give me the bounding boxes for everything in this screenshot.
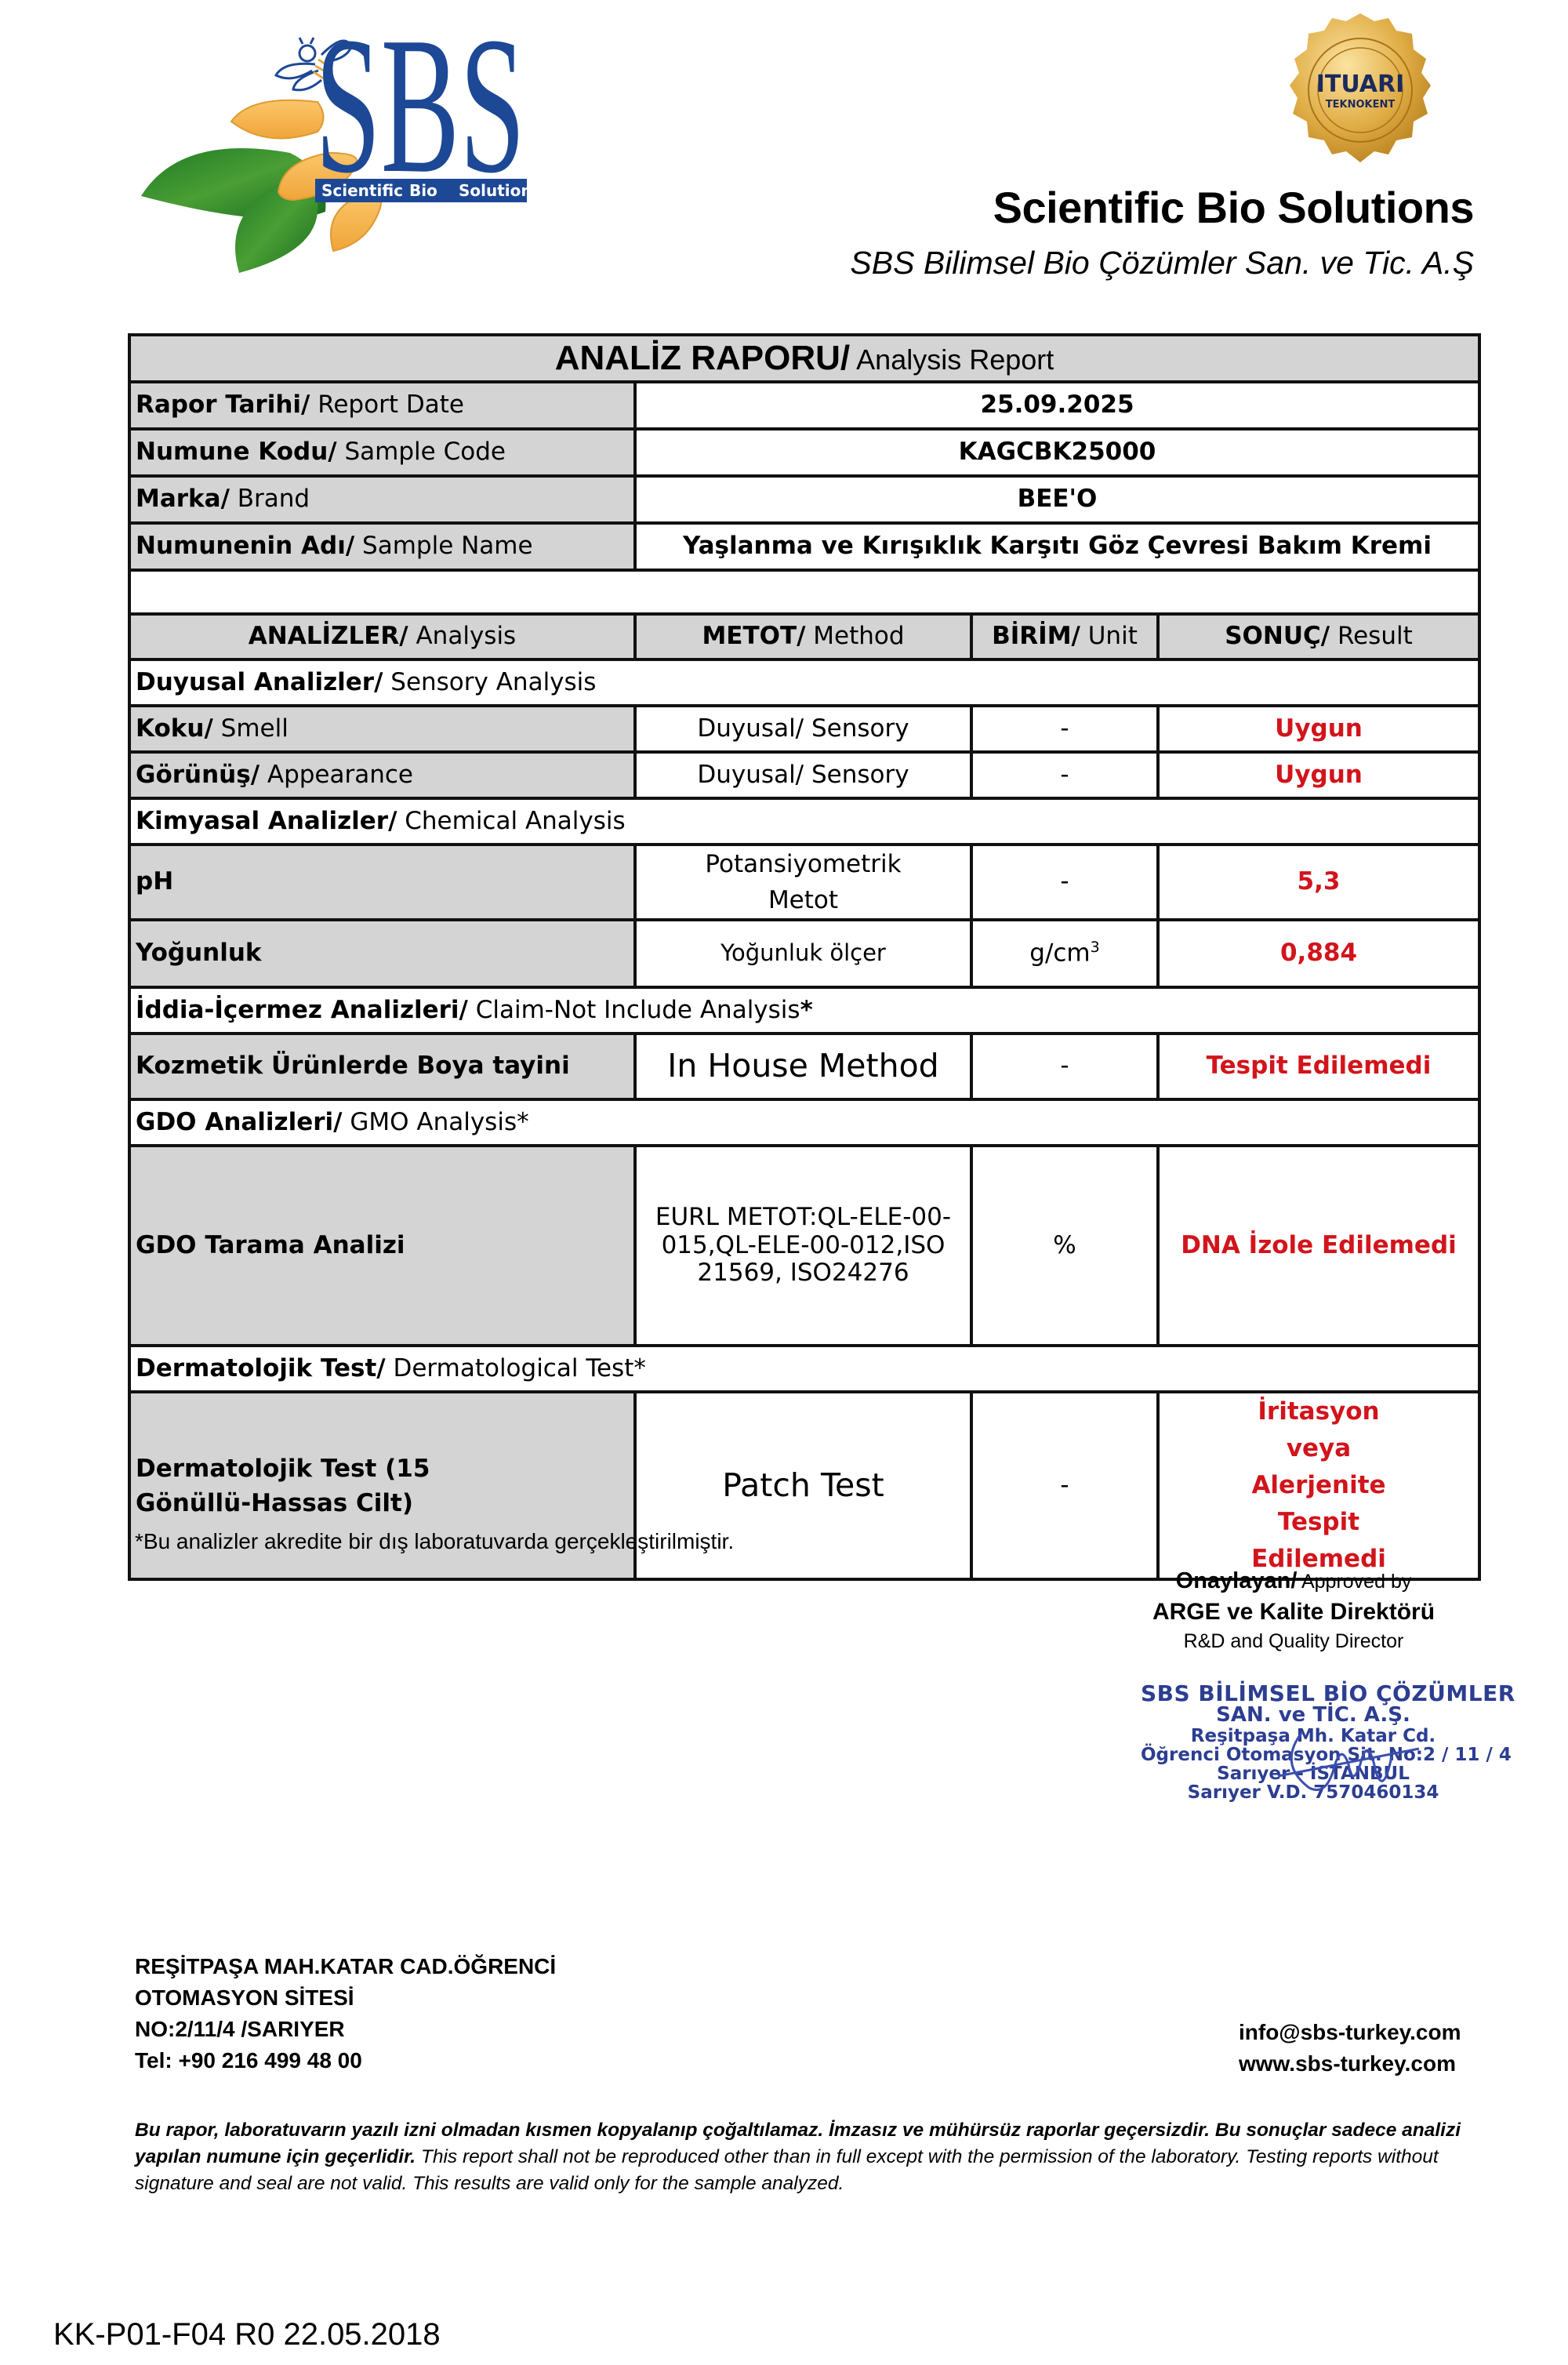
- svg-text:ITUARI: ITUARI: [1316, 71, 1405, 98]
- section-heading-chemical: Kimyasal Analizler/ Chemical Analysis: [129, 798, 1479, 845]
- sbs-logo-icon: SBS Scientific Bio Solutions: [133, 16, 619, 274]
- col-header-result: SONUÇ/ Result: [1158, 614, 1479, 659]
- result-cell: Uygun: [1158, 752, 1479, 798]
- svg-text:Solutions: Solutions: [459, 181, 542, 200]
- form-code: KK-P01-F04 R0 22.05.2018: [53, 2317, 441, 2352]
- meta-row-brand: Marka/ Brand BEE'O: [129, 476, 1479, 523]
- report-title-row: ANALİZ RAPORU/ Analysis Report: [129, 335, 1479, 382]
- method-cell: Duyusal/ Sensory: [635, 706, 971, 752]
- analysis-cell: Görünüş/ Appearance: [129, 752, 635, 798]
- table-row: Koku/ Smell Duyusal/ Sensory - Uygun: [129, 706, 1479, 752]
- column-header-row: ANALİZLER/ Analysis METOT/ Method BİRİM/…: [129, 614, 1479, 659]
- unit-cell: -: [971, 752, 1158, 798]
- brand-value: BEE'O: [635, 476, 1479, 523]
- section-heading-sensory: Duyusal Analizler/ Sensory Analysis: [129, 659, 1479, 706]
- analysis-cell: Koku/ Smell: [129, 706, 635, 752]
- website-link[interactable]: www.sbs-turkey.com: [1239, 2048, 1461, 2080]
- report-title: ANALİZ RAPORU/ Analysis Report: [129, 335, 1479, 382]
- meta-label: Numunenin Adı/ Sample Name: [129, 523, 635, 570]
- analysis-cell: Yoğunluk: [129, 920, 635, 987]
- table-row: GDO Tarama Analizi EURL METOT:QL-ELE-00-…: [129, 1146, 1479, 1346]
- table-row: pH Potansiyometrik Metot - 5,3: [129, 845, 1479, 920]
- approver-title-en: R&D and Quality Director: [1113, 1630, 1474, 1653]
- approver-title-tr: ARGE ve Kalite Direktörü: [1113, 1599, 1474, 1626]
- legal-disclaimer: Bu rapor, laboratuvarın yazılı izni olma…: [135, 2117, 1483, 2197]
- result-cell: 5,3: [1158, 845, 1479, 920]
- meta-label: Marka/ Brand: [129, 476, 635, 523]
- company-title: Scientific Bio Solutions: [993, 182, 1474, 233]
- section-heading-gmo: GDO Analizleri/ GMO Analysis*: [129, 1099, 1479, 1146]
- email-link[interactable]: info@sbs-turkey.com: [1239, 2017, 1461, 2048]
- method-cell: Potansiyometrik Metot: [635, 845, 971, 920]
- unit-cell: -: [971, 1034, 1158, 1099]
- result-cell: Uygun: [1158, 706, 1479, 752]
- ituari-seal: ITUARI TEKNOKENT: [1270, 8, 1450, 173]
- contact-info: info@sbs-turkey.com www.sbs-turkey.com: [1239, 2017, 1461, 2080]
- method-cell: Yoğunluk ölçer: [635, 920, 971, 987]
- signature-icon: [1270, 1702, 1427, 1819]
- approved-by-label: Onaylayan/ Approved by: [1113, 1568, 1474, 1594]
- meta-label: Numune Kodu/ Sample Code: [129, 429, 635, 476]
- company-address: REŞİTPAŞA MAH.KATAR CAD.ÖĞRENCİ OTOMASYO…: [135, 1951, 556, 2076]
- table-row: Görünüş/ Appearance Duyusal/ Sensory - U…: [129, 752, 1479, 798]
- meta-row-sample-name: Numunenin Adı/ Sample Name Yaşlanma ve K…: [129, 523, 1479, 570]
- phone-number: Tel: +90 216 499 48 00: [135, 2045, 556, 2076]
- analysis-cell: Kozmetik Ürünlerde Boya tayini: [129, 1034, 635, 1099]
- analysis-cell: pH: [129, 845, 635, 920]
- section-heading-claim: İddia-İçermez Analizleri/ Claim-Not Incl…: [129, 987, 1479, 1034]
- approval-block: Onaylayan/ Approved by ARGE ve Kalite Di…: [1113, 1568, 1474, 1653]
- unit-cell: -: [971, 845, 1158, 920]
- svg-text:Scientific: Scientific: [321, 181, 403, 200]
- table-row: Yoğunluk Yoğunluk ölçer g/cm3 0,884: [129, 920, 1479, 987]
- result-cell: İritasyon veya Alerjenite Tespit Edileme…: [1158, 1392, 1479, 1579]
- sbs-logo: SBS Scientific Bio Solutions: [133, 16, 619, 274]
- svg-text:Bio: Bio: [409, 181, 437, 200]
- report-date-value: 25.09.2025: [635, 382, 1479, 429]
- method-cell: EURL METOT:QL-ELE-00-015,QL-ELE-00-012,I…: [635, 1146, 971, 1346]
- unit-cell: g/cm3: [971, 920, 1158, 987]
- sample-code-value: KAGCBK25000: [635, 429, 1479, 476]
- table-row: Kozmetik Ürünlerde Boya tayini In House …: [129, 1034, 1479, 1099]
- meta-row-sample-code: Numune Kodu/ Sample Code KAGCBK25000: [129, 429, 1479, 476]
- sample-name-value: Yaşlanma ve Kırışıklık Karşıtı Göz Çevre…: [635, 523, 1479, 570]
- col-header-analysis: ANALİZLER/ Analysis: [129, 614, 635, 659]
- unit-cell: %: [971, 1146, 1158, 1346]
- company-subtitle: SBS Bilimsel Bio Çözümler San. ve Tic. A…: [850, 245, 1474, 282]
- spacer-row: [129, 570, 1479, 614]
- result-cell: 0,884: [1158, 920, 1479, 987]
- accreditation-footnote: *Bu analizler akredite bir dış laboratuv…: [135, 1529, 734, 1554]
- method-cell: In House Method: [635, 1034, 971, 1099]
- result-cell: Tespit Edilemedi: [1158, 1034, 1479, 1099]
- meta-label: Rapor Tarihi/ Report Date: [129, 382, 635, 429]
- meta-row-report-date: Rapor Tarihi/ Report Date 25.09.2025: [129, 382, 1479, 429]
- method-cell: Duyusal/ Sensory: [635, 752, 971, 798]
- result-cell: DNA İzole Edilemedi: [1158, 1146, 1479, 1346]
- svg-text:TEKNOKENT: TEKNOKENT: [1326, 99, 1396, 111]
- section-heading-dermatological: Dermatolojik Test/ Dermatological Test*: [129, 1346, 1479, 1392]
- seal-icon: ITUARI TEKNOKENT: [1270, 8, 1450, 173]
- col-header-unit: BİRİM/ Unit: [971, 614, 1158, 659]
- analysis-cell: GDO Tarama Analizi: [129, 1146, 635, 1346]
- analysis-report-table: ANALİZ RAPORU/ Analysis Report Rapor Tar…: [128, 333, 1478, 1581]
- unit-cell: -: [971, 1392, 1158, 1579]
- unit-cell: -: [971, 706, 1158, 752]
- col-header-method: METOT/ Method: [635, 614, 971, 659]
